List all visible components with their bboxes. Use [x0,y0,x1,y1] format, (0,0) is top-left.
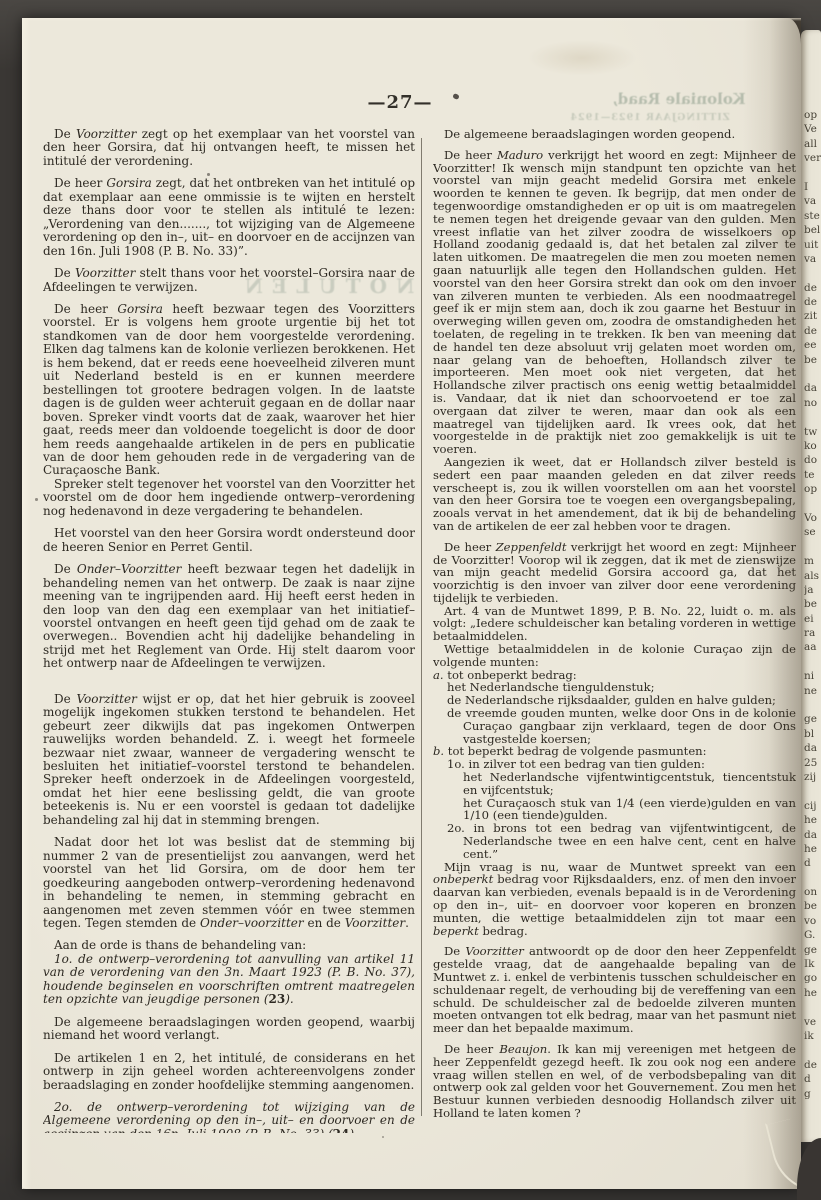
next-page-text-fragment: va [804,252,821,266]
paragraph: Nadat door het lot was beslist dat de st… [43,836,415,930]
next-page-text-fragment: ik [804,1029,821,1043]
next-page-text-fragment: no [804,396,821,410]
paragraph: Het voorstel van den heer Gorsira wordt … [43,527,415,554]
next-page-text-fragment: va [804,194,821,208]
next-page-text-fragment: do [804,453,821,467]
next-page-text-fragment: 25 [804,756,821,770]
next-page-text-fragment: m [804,554,821,568]
paragraph: De Voorzitter antwoordt op de door den h… [433,945,796,1035]
next-page-text-fragment: se [804,525,821,539]
paragraph: De artikelen 1 en 2, het intitulé, de co… [43,1052,415,1092]
next-page-text-fragment: bl [804,727,821,741]
ghost-masthead-sub-bleedthrough: ZITTINGJAAR 1923—1924 [562,112,737,123]
next-page-text-fragment: te [804,468,821,482]
paragraph: De Onder–Voorzitter heeft bezwaar tegen … [43,563,415,671]
right-column: De algemeene beraadslagingen worden geop… [433,128,796,1123]
paragraph: Aan de orde is thans de behandeling van: [43,939,415,952]
next-page-text-fragment: da [804,741,821,755]
next-page-text-fragment: vo [804,914,821,928]
next-page-text-fragment: op [804,108,821,122]
paragraph: De heer Gorsira zegt, dat het ontbreken … [43,177,415,258]
paragraph: De algemeene beraadslagingen worden geop… [433,128,796,141]
next-page-text-fragment: be [804,353,821,367]
next-page-text-fragment [804,497,821,511]
next-page-text-fragment [804,410,821,424]
next-page-text-fragment: ko [804,439,821,453]
next-page-text-fragment: de [804,324,821,338]
next-page-text-fragment: ni [804,669,821,683]
next-page-text-fragment [804,784,821,798]
paragraph: Art. 4 van de Muntwet 1899, P. B. No. 22… [433,605,796,643]
paper-stain [527,40,637,76]
paragraph: De heer Beaujon. Ik kan mij vereenigen m… [433,1043,796,1120]
next-page-text-fragment: da [804,381,821,395]
next-page-text-fragment: de [804,295,821,309]
paragraph: De algemeene beraadslagingen worden geop… [43,1016,415,1043]
next-page-text-fragment: d [804,1072,821,1086]
paragraph: De heer Maduro verkrijgt het woord en ze… [433,149,796,456]
next-page-text-fragment: tw [804,425,821,439]
next-page-text-fragment: he [804,986,821,1000]
next-page-text-fragment: g [804,1087,821,1101]
next-page-text-fragment: Ik [804,957,821,971]
next-page-text-fragment: de [804,281,821,295]
next-page-text-fragments: opVeallverIvastebeluitvadedezitdeeebedan… [801,30,821,1101]
page-top-edge-highlight [22,18,801,21]
next-page-text-fragment: Ve [804,122,821,136]
next-page-text-fragment: ee [804,338,821,352]
next-page-text-fragment [804,655,821,669]
next-page-text-fragment: be [804,597,821,611]
next-page-text-fragment: G. [804,928,821,942]
next-page-text-fragment [804,871,821,885]
next-page-text-fragment: I [804,180,821,194]
column-divider-rule [421,138,422,1116]
next-page-text-fragment: all [804,137,821,151]
next-page-text-fragment: he [804,813,821,827]
next-page-text-fragment: ge [804,712,821,726]
paragraph: Wettige betaalmiddelen in de kolonie Cur… [433,643,796,669]
next-page-text-fragment: d [804,856,821,870]
next-page-edge-strip: opVeallverIvastebeluitvadedezitdeeebedan… [801,30,821,1142]
next-page-text-fragment: bel [804,223,821,237]
next-page-text-fragment [804,540,821,554]
next-page-text-fragment: de [804,1058,821,1072]
next-page-text-fragment: zit [804,309,821,323]
paper-speck [35,498,38,501]
next-page-text-fragment: on [804,885,821,899]
gutter-shadow [743,18,801,1189]
next-page-text-fragment: ste [804,209,821,223]
next-page-text-fragment: op [804,482,821,496]
next-page-text-fragment: ve [804,1015,821,1029]
document-page: Koloniale Raad, ZITTINGJAAR 1923—1924 NO… [22,18,801,1189]
paragraph: De heer Zeppenfeldt verkrijgt het woord … [433,541,796,605]
next-page-text-fragment [804,1000,821,1014]
next-page-text-fragment: uit [804,238,821,252]
next-page-text-fragment: go [804,971,821,985]
paragraph: 2o. de ontwerp–verordening tot wijziging… [43,1101,415,1133]
paragraph: De Voorzitter zegt op het exemplaar van … [43,128,415,168]
next-page-text-fragment: Vo [804,511,821,525]
paragraph: 1o. de ontwerp–verordening tot aanvullin… [43,953,415,1007]
next-page-text-fragment: ge [804,943,821,957]
next-page-text-fragment: ver [804,151,821,165]
next-page-text-fragment: be [804,899,821,913]
next-page-text-fragment: ja [804,583,821,597]
paragraph: De heer Gorsira heeft bezwaar tegen des … [43,303,415,478]
paragraph: Aangezien ik weet, dat er Hollandsch zil… [433,456,796,533]
left-column: De Voorzitter zegt op het exemplaar van … [43,128,415,1133]
next-page-text-fragment: cij [804,799,821,813]
next-page-text-fragment [804,698,821,712]
next-page-text-fragment: als [804,569,821,583]
next-page-text-fragment: ne [804,684,821,698]
paragraph: Mijn vraag is nu, waar de Muntwet spreek… [433,861,796,938]
paragraph: de vreemde gouden munten, welke door Ons… [433,707,796,745]
paragraph: het Nederlandsche vijfentwintigcentstuk,… [433,771,796,797]
next-page-text-fragment [804,166,821,180]
next-page-text-fragment [804,367,821,381]
next-page-text-fragment: ei [804,612,821,626]
next-page-text-fragment [804,266,821,280]
paragraph: het Curaçaosch stuk van 1/4 (een vierde)… [433,797,796,823]
paper-speck [382,1136,384,1138]
next-page-text-fragment: he [804,842,821,856]
next-page-text-fragment: da [804,828,821,842]
page-number: —27— [330,92,470,113]
next-page-text-fragment: aa [804,640,821,654]
paragraph: 2o. in brons tot een bedrag van vijfentw… [433,822,796,860]
paragraph: Spreker stelt tegenover het voorstel van… [43,478,415,518]
next-page-text-fragment: zij [804,770,821,784]
page-left-edge-highlight [22,18,31,1189]
next-page-text-fragment [804,1043,821,1057]
paragraph: De Voorzitter wijst er op, dat het hier … [43,693,415,828]
paragraph: De Voorzitter stelt thans voor het voors… [43,267,415,294]
next-page-text-fragment: ra [804,626,821,640]
